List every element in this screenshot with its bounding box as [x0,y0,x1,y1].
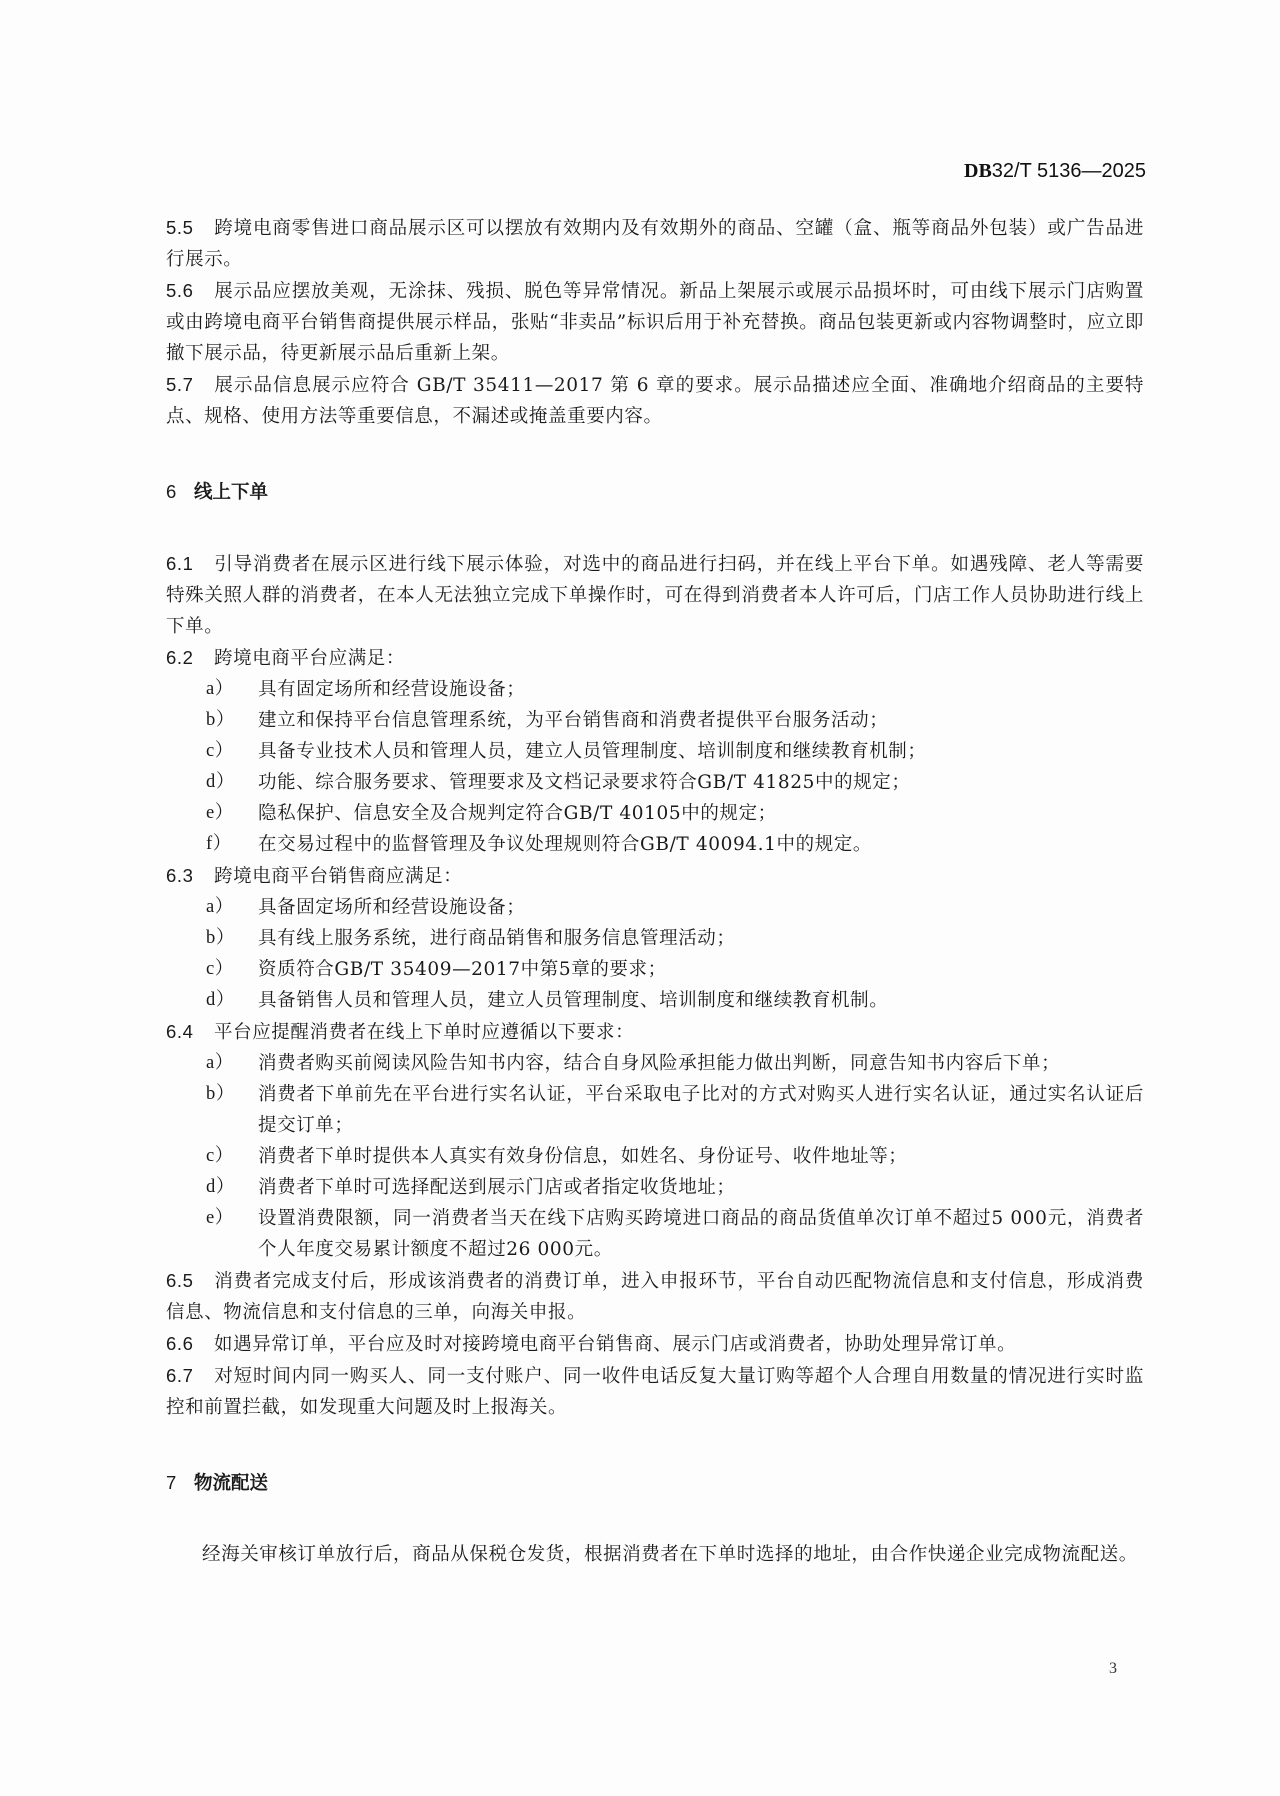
list-item: b）消费者下单前先在平台进行实名认证，平台采取电子比对的方式对购买人进行实名认证… [166,1079,1144,1141]
list-item: d）消费者下单时可选择配送到展示门店或者指定收货地址； [166,1172,1144,1203]
section-number: 6 [166,476,194,507]
clause-6-4: 6.4平台应提醒消费者在线上下单时应遵循以下要求： [166,1016,1144,1048]
clause-text: 引导消费者在展示区进行线下展示体验，对选中的商品进行扫码，并在线上平台下单。如遇… [166,554,1144,637]
list-label: c） [206,736,234,767]
list-label: a） [206,1048,234,1079]
document-body: 5.5跨境电商零售进口商品展示区可以摆放有效期内及有效期外的商品、空罐（盒、瓶等… [166,212,1144,1570]
list-label: e） [206,798,234,829]
clause-text: 展示品应摆放美观，无涂抹、残损、脱色等异常情况。新品上架展示或展示品损坏时，可由… [166,281,1144,364]
list-text: 消费者下单前先在平台进行实名认证，平台采取电子比对的方式对购买人进行实名认证，通… [258,1084,1144,1136]
clause-number: 6.1 [166,548,214,579]
list-label: d） [206,1172,235,1203]
clause-number: 5.6 [166,275,214,306]
section-title-text: 线上下单 [194,482,268,503]
clause-number: 6.7 [166,1360,214,1391]
list-text: 消费者下单时可选择配送到展示门店或者指定收货地址； [258,1177,736,1198]
clause-6-7: 6.7对短时间内同一购买人、同一支付账户、同一收件电话反复大量订购等超个人合理自… [166,1360,1144,1423]
clause-number: 6.6 [166,1328,214,1359]
list-text: 设置消费限额，同一消费者当天在线下店购买跨境进口商品的商品货值单次订单不超过5 … [258,1208,1144,1260]
list-text: 具备固定场所和经营设施设备； [258,897,525,918]
clause-5-6: 5.6展示品应摆放美观，无涂抹、残损、脱色等异常情况。新品上架展示或展示品损坏时… [166,275,1144,369]
list-item: b）建立和保持平台信息管理系统，为平台销售商和消费者提供平台服务活动； [166,705,1144,736]
list-label: c） [206,954,234,985]
list-item: a）具有固定场所和经营设施设备； [166,674,1144,705]
list-label: b） [206,923,235,954]
clause-text: 消费者完成支付后，形成该消费者的消费订单，进入申报环节，平台自动匹配物流信息和支… [166,1271,1144,1323]
list-item: e）隐私保护、信息安全及合规判定符合GB/T 40105中的规定； [166,798,1144,829]
list-text: 具备专业技术人员和管理人员，建立人员管理制度、培训制度和继续教育机制； [258,741,927,762]
list-label: d） [206,767,235,798]
document-page: DB32/T 5136—2025 5.5跨境电商零售进口商品展示区可以摆放有效期… [0,0,1280,1796]
list-text: 资质符合GB/T 35409—2017中第5章的要求； [258,959,667,980]
clause-6-5: 6.5消费者完成支付后，形成该消费者的消费订单，进入申报环节，平台自动匹配物流信… [166,1265,1144,1328]
list-label: f） [206,829,232,860]
clause-number: 5.5 [166,212,214,243]
standard-code-prefix: DB [964,160,992,182]
list-label: d） [206,985,235,1016]
clause-number: 5.7 [166,369,214,400]
list-text: 消费者下单时提供本人真实有效身份信息，如姓名、身份证号、收件地址等； [258,1146,907,1167]
clause-text: 平台应提醒消费者在线上下单时应遵循以下要求： [214,1022,634,1043]
list-label: c） [206,1141,234,1172]
section-7-title: 7物流配送 [166,1467,1144,1499]
clause-6-2: 6.2跨境电商平台应满足： [166,642,1144,674]
clause-text: 跨境电商平台应满足： [214,648,405,669]
clause-5-5: 5.5跨境电商零售进口商品展示区可以摆放有效期内及有效期外的商品、空罐（盒、瓶等… [166,212,1144,275]
clause-5-7: 5.7展示品信息展示应符合 GB/T 35411—2017 第 6 章的要求。展… [166,369,1144,432]
list-text: 具备销售人员和管理人员，建立人员管理制度、培训制度和继续教育机制。 [258,990,888,1011]
list-item: c）具备专业技术人员和管理人员，建立人员管理制度、培训制度和继续教育机制； [166,736,1144,767]
list-label: b） [206,1079,235,1110]
clause-text: 对短时间内同一购买人、同一支付账户、同一收件电话反复大量订购等超个人合理自用数量… [166,1366,1144,1418]
section-number: 7 [166,1467,194,1498]
clause-6-6: 6.6如遇异常订单，平台应及时对接跨境电商平台销售商、展示门店或消费者，协助处理… [166,1328,1144,1360]
list-text: 消费者购买前阅读风险告知书内容，结合自身风险承担能力做出判断，同意告知书内容后下… [258,1053,1060,1074]
section-title-text: 物流配送 [194,1473,268,1494]
list-label: b） [206,705,235,736]
standard-code-rest: 32/T 5136—2025 [992,160,1146,182]
list-item: d）功能、综合服务要求、管理要求及文档记录要求符合GB/T 41825中的规定； [166,767,1144,798]
clause-6-3-list: a）具备固定场所和经营设施设备； b）具有线上服务系统，进行商品销售和服务信息管… [166,892,1144,1016]
page-number: 3 [1109,1660,1117,1678]
clause-number: 6.2 [166,642,214,673]
list-item: a）具备固定场所和经营设施设备； [166,892,1144,923]
section-6-title: 6线上下单 [166,476,1144,508]
list-item: a）消费者购买前阅读风险告知书内容，结合自身风险承担能力做出判断，同意告知书内容… [166,1048,1144,1079]
list-text: 隐私保护、信息安全及合规判定符合GB/T 40105中的规定； [258,803,777,824]
list-text: 在交易过程中的监督管理及争议处理规则符合GB/T 40094.1中的规定。 [258,834,872,855]
list-item: b）具有线上服务系统，进行商品销售和服务信息管理活动； [166,923,1144,954]
clause-text: 展示品信息展示应符合 GB/T 35411—2017 第 6 章的要求。展示品描… [166,375,1144,427]
clause-text: 跨境电商零售进口商品展示区可以摆放有效期内及有效期外的商品、空罐（盒、瓶等商品外… [166,218,1144,270]
clause-text: 如遇异常订单，平台应及时对接跨境电商平台销售商、展示门店或消费者，协助处理异常订… [214,1334,1016,1355]
list-text: 功能、综合服务要求、管理要求及文档记录要求符合GB/T 41825中的规定； [258,772,910,793]
list-text: 建立和保持平台信息管理系统，为平台销售商和消费者提供平台服务活动； [258,710,888,731]
list-item: f）在交易过程中的监督管理及争议处理规则符合GB/T 40094.1中的规定。 [166,829,1144,860]
list-item: c）消费者下单时提供本人真实有效身份信息，如姓名、身份证号、收件地址等； [166,1141,1144,1172]
list-item: d）具备销售人员和管理人员，建立人员管理制度、培训制度和继续教育机制。 [166,985,1144,1016]
list-label: a） [206,892,234,923]
list-item: c）资质符合GB/T 35409—2017中第5章的要求； [166,954,1144,985]
section-7-body: 经海关审核订单放行后，商品从保税仓发货，根据消费者在下单时选择的地址，由合作快递… [166,1539,1144,1570]
list-item: e）设置消费限额，同一消费者当天在线下店购买跨境进口商品的商品货值单次订单不超过… [166,1203,1144,1265]
clause-number: 6.5 [166,1265,214,1296]
clause-number: 6.4 [166,1016,214,1047]
clause-number: 6.3 [166,860,214,891]
list-label: e） [206,1203,234,1234]
clause-6-3: 6.3跨境电商平台销售商应满足： [166,860,1144,892]
list-label: a） [206,674,234,705]
clause-6-2-list: a）具有固定场所和经营设施设备； b）建立和保持平台信息管理系统，为平台销售商和… [166,674,1144,860]
clause-text: 跨境电商平台销售商应满足： [214,866,462,887]
standard-code: DB32/T 5136—2025 [964,160,1146,183]
list-text: 具有线上服务系统，进行商品销售和服务信息管理活动； [258,928,736,949]
clause-6-1: 6.1引导消费者在展示区进行线下展示体验，对选中的商品进行扫码，并在线上平台下单… [166,548,1144,642]
clause-6-4-list: a）消费者购买前阅读风险告知书内容，结合自身风险承担能力做出判断，同意告知书内容… [166,1048,1144,1265]
list-text: 具有固定场所和经营设施设备； [258,679,525,700]
